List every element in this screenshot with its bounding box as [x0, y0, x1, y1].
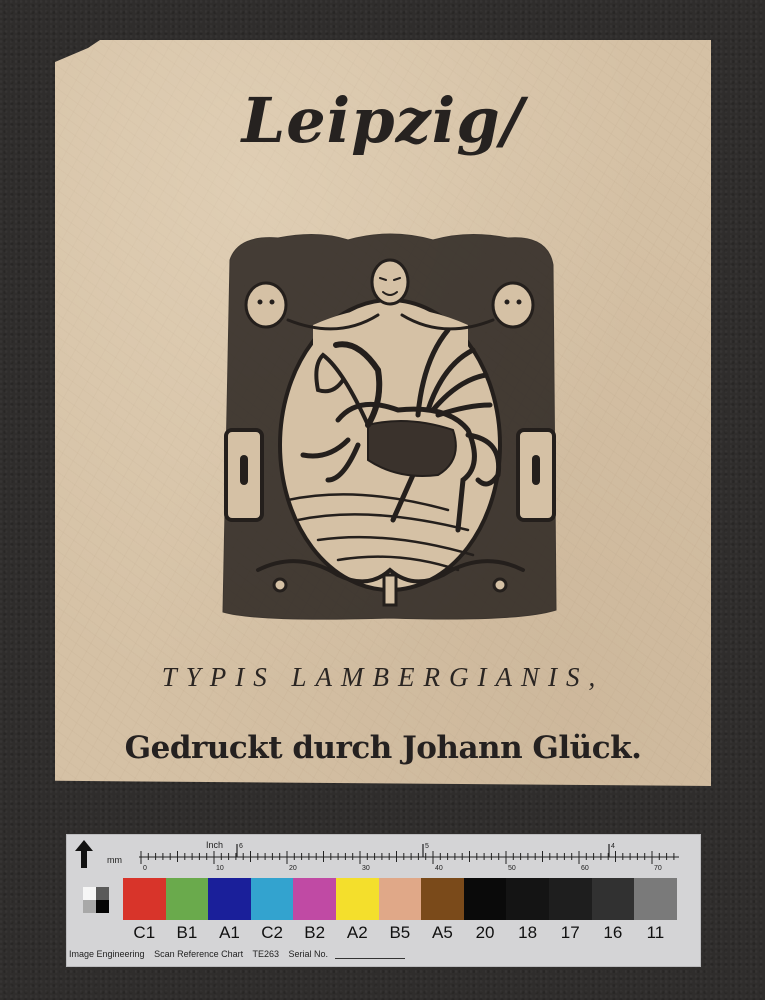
chart-footer: Image Engineering Scan Reference Chart T… [69, 949, 412, 959]
woodcut-illustration [218, 230, 563, 625]
svg-text:20: 20 [289, 865, 297, 870]
swatch-label: A1 [208, 923, 251, 943]
printed-page: Leipzig/ [55, 40, 711, 786]
swatch-label: A5 [421, 923, 464, 943]
imprint-line: TYPIS LAMBERGIANIS, [55, 662, 711, 693]
scan-reference-chart: mm Inch 6 5 4 0 10 20 30 40 50 60 70 [66, 834, 701, 967]
color-swatch [549, 878, 592, 920]
svg-text:40: 40 [435, 865, 443, 870]
chart-name-label: Scan Reference Chart [154, 949, 243, 959]
mm-label: mm [107, 855, 122, 865]
color-swatch [379, 878, 422, 920]
gray-reference-patch [83, 887, 109, 913]
svg-text:0: 0 [143, 865, 147, 870]
swatch-labels: C1B1A1C2B2A2B5A52018171611 [123, 923, 677, 943]
color-swatch [592, 878, 635, 920]
inch-tick-5: 5 [425, 843, 429, 850]
serial-line [335, 950, 405, 959]
swatch-label: 11 [634, 923, 677, 943]
color-swatch [421, 878, 464, 920]
swatch-label: 20 [464, 923, 507, 943]
color-swatch [336, 878, 379, 920]
color-swatches [123, 878, 677, 920]
color-swatch [634, 878, 677, 920]
model-label: TE263 [252, 949, 279, 959]
orientation-arrow-icon [75, 840, 93, 868]
svg-text:60: 60 [581, 865, 589, 870]
maker-label: Image Engineering [69, 949, 145, 959]
swatch-label: A2 [336, 923, 379, 943]
ruler: 6 5 4 0 10 20 30 40 50 60 70 [139, 840, 679, 870]
svg-text:50: 50 [508, 865, 516, 870]
inch-tick-4: 4 [611, 843, 615, 850]
color-swatch [123, 878, 166, 920]
swatch-label: B5 [379, 923, 422, 943]
color-swatch [251, 878, 294, 920]
svg-text:30: 30 [362, 865, 370, 870]
swatch-label: C1 [123, 923, 166, 943]
svg-text:10: 10 [216, 865, 224, 870]
inch-tick-6: 6 [239, 843, 243, 850]
color-swatch [293, 878, 336, 920]
swatch-label: 16 [592, 923, 635, 943]
color-swatch [506, 878, 549, 920]
serial-label: Serial No. [289, 949, 329, 959]
swatch-label: C2 [251, 923, 294, 943]
swatch-label: B2 [293, 923, 336, 943]
swatch-label: B1 [166, 923, 209, 943]
swatch-label: 18 [506, 923, 549, 943]
svg-text:70: 70 [654, 865, 662, 870]
page-title: Leipzig/ [55, 84, 711, 157]
color-swatch [166, 878, 209, 920]
swatch-label: 17 [549, 923, 592, 943]
color-swatch [464, 878, 507, 920]
printer-line: Gedruckt durch Johann Glück. [55, 730, 711, 766]
color-swatch [208, 878, 251, 920]
